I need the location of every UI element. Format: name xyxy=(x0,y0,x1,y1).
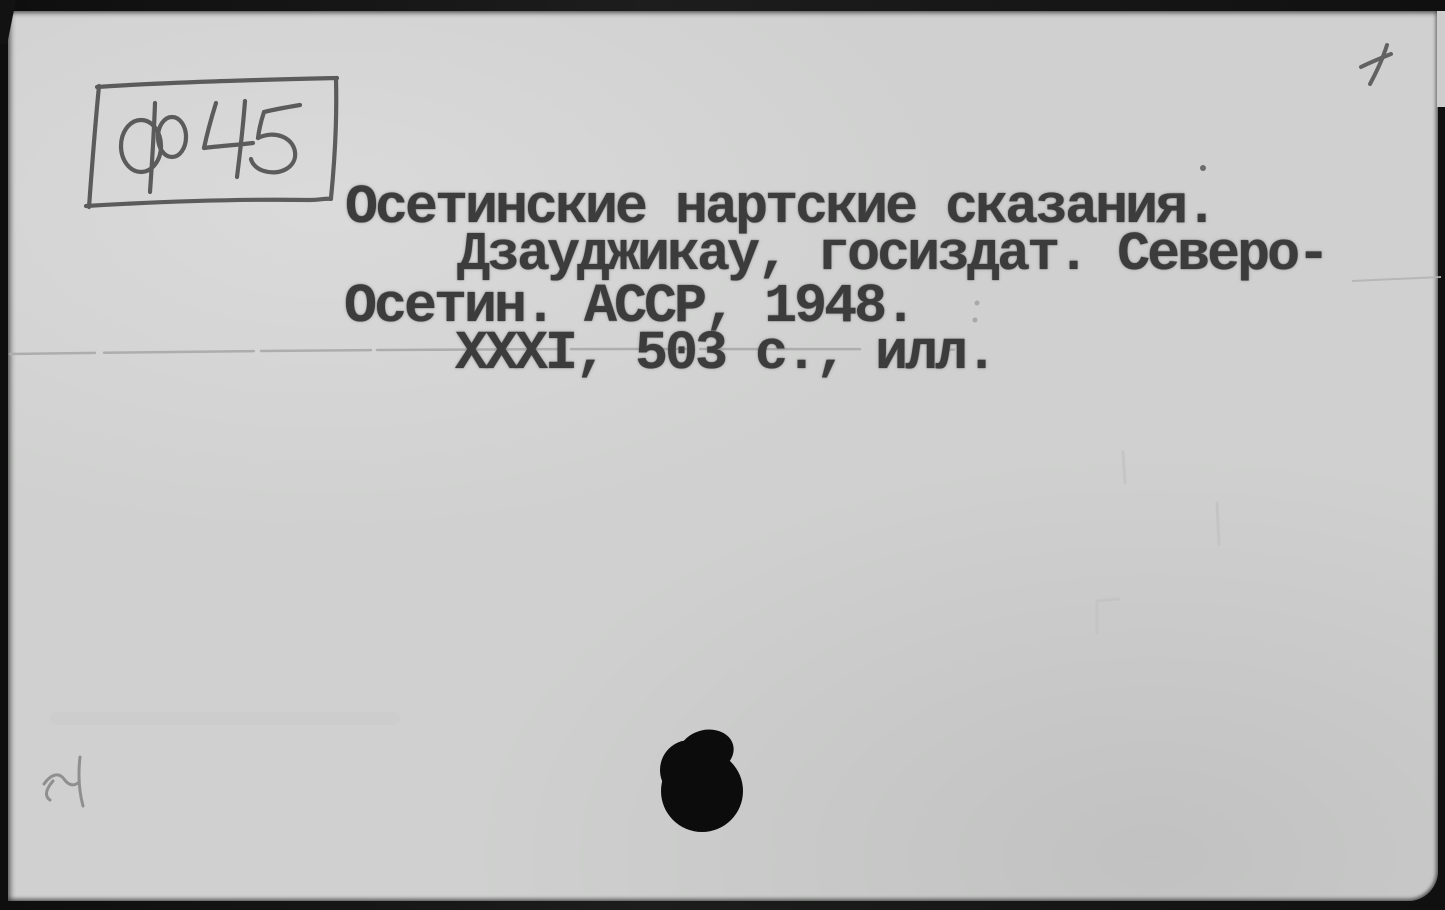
corner-mark-drawing xyxy=(1345,30,1415,100)
shelf-mark-glyphs xyxy=(121,101,300,192)
shelf-mark-box xyxy=(86,78,337,207)
faint-colon-mark xyxy=(973,301,980,323)
pencil-scribble xyxy=(30,745,100,820)
entry-line-collation: XXXI, 503 с., илл. xyxy=(455,322,995,385)
typewriter-stray-dot xyxy=(1200,165,1206,171)
hole-punch-blob xyxy=(645,715,765,845)
faint-crease xyxy=(1352,277,1441,281)
scanned-catalog-card: ф 45 xyxy=(0,0,1445,910)
faint-band xyxy=(50,712,400,725)
faint-smudges xyxy=(1097,452,1219,633)
